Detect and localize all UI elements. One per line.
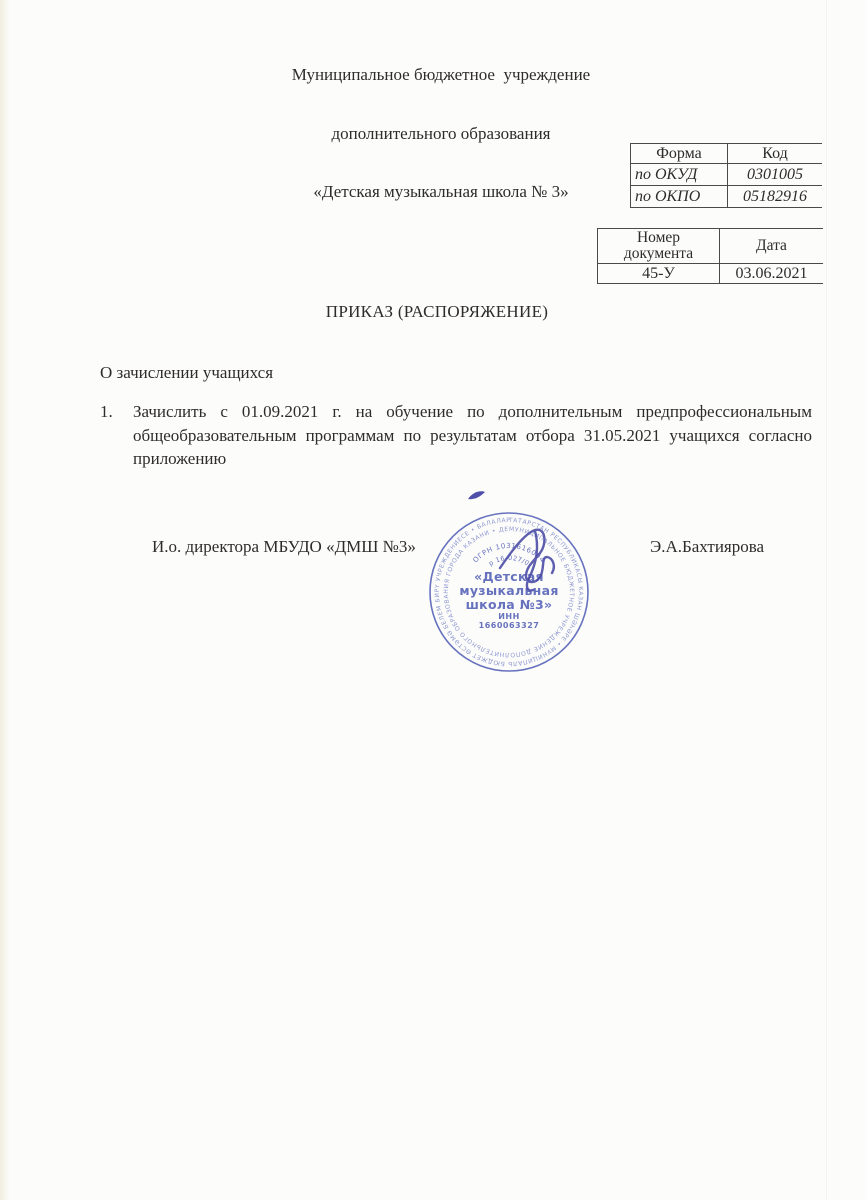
table-row: 45-У 03.06.2021: [598, 264, 824, 284]
signature-title: И.о. директора МБУДО «ДМШ №3»: [152, 537, 416, 557]
stamp-school-name-line: школа №3»: [466, 597, 553, 612]
okpo-code-cell: 05182916: [728, 186, 823, 208]
ink-mark: [466, 488, 488, 504]
stamp-inn-label: ИНН: [498, 612, 520, 621]
form-code-table: Форма Код по ОКУД 0301005 по ОКПО 051829…: [630, 143, 822, 208]
doc-number-table: Номер документа Дата 45-У 03.06.2021: [597, 228, 823, 284]
round-stamp: ТАТАРСТАН РЕСПУБЛИКАСЫ КАЗАН ШӘҺӘРЕ • МУ…: [416, 500, 606, 680]
subject-line: О зачислении учащихся: [100, 363, 273, 383]
okud-code-cell: 0301005: [728, 164, 823, 186]
stamp-school-name-line: музыкальная: [459, 583, 558, 598]
okpo-label-cell: по ОКПО: [631, 186, 728, 208]
date-cell: 03.06.2021: [720, 264, 824, 284]
code-header-cell: Код: [728, 144, 823, 164]
org-name-line-1: Муниципальное бюджетное учреждение: [16, 65, 866, 85]
table-row: по ОКУД 0301005: [631, 164, 823, 186]
doc-number-header-cell: Номер документа: [598, 229, 720, 264]
order-item-number: 1.: [100, 400, 133, 471]
okud-label-cell: по ОКУД: [631, 164, 728, 186]
org-header: Муниципальное бюджетное учреждение допол…: [16, 26, 866, 241]
table-header-row: Форма Код: [631, 144, 823, 164]
document-title: ПРИКАЗ (РАСПОРЯЖЕНИЕ): [8, 302, 866, 322]
scan-edge: [0, 0, 10, 1200]
form-header-cell: Форма: [631, 144, 728, 164]
order-text-line: общеобразовательным программам по резуль…: [133, 424, 812, 448]
order-item-text: Зачислить с 01.09.2021 г. на обучение по…: [133, 400, 812, 471]
date-header-cell: Дата: [720, 229, 824, 264]
document-page: Муниципальное бюджетное учреждение допол…: [0, 0, 866, 1200]
order-text-line: Зачислить с 01.09.2021 г. на обучение по…: [133, 400, 812, 424]
org-name-line-2: дополнительного образования: [16, 124, 866, 144]
order-text-line: приложению: [133, 447, 812, 471]
signature-name: Э.А.Бахтиярова: [650, 537, 764, 557]
table-header-row: Номер документа Дата: [598, 229, 824, 264]
order-item: 1. Зачислить с 01.09.2021 г. на обучение…: [100, 400, 812, 471]
stamp-inn-number: 1660063327: [479, 621, 540, 630]
doc-number-cell: 45-У: [598, 264, 720, 284]
table-row: по ОКПО 05182916: [631, 186, 823, 208]
